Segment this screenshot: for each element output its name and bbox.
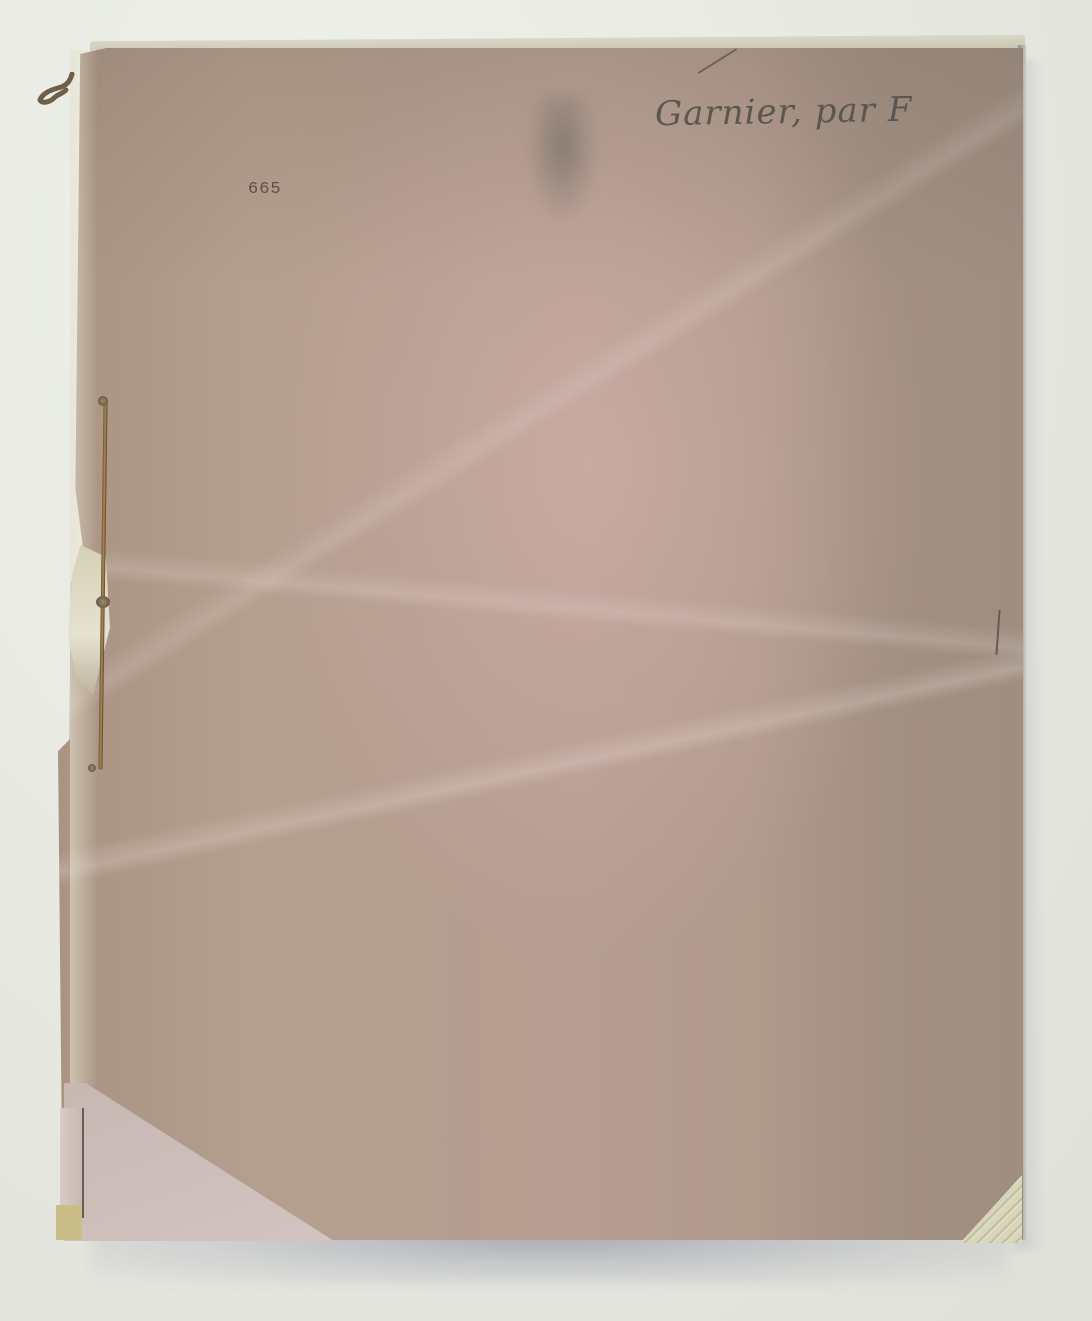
ink-stain	[525, 95, 600, 225]
booklet-cover	[58, 48, 1023, 1240]
loose-string-icon	[36, 72, 78, 112]
spine-corner-base	[56, 1205, 82, 1240]
catalog-number: 665	[248, 180, 282, 199]
thread-knot-middle	[96, 596, 110, 608]
handwritten-note: Garnier, par F	[655, 90, 913, 134]
thread-knot-top	[98, 396, 108, 406]
spine-corner-tab	[60, 1108, 84, 1218]
thread-knot-bottom	[88, 764, 96, 772]
